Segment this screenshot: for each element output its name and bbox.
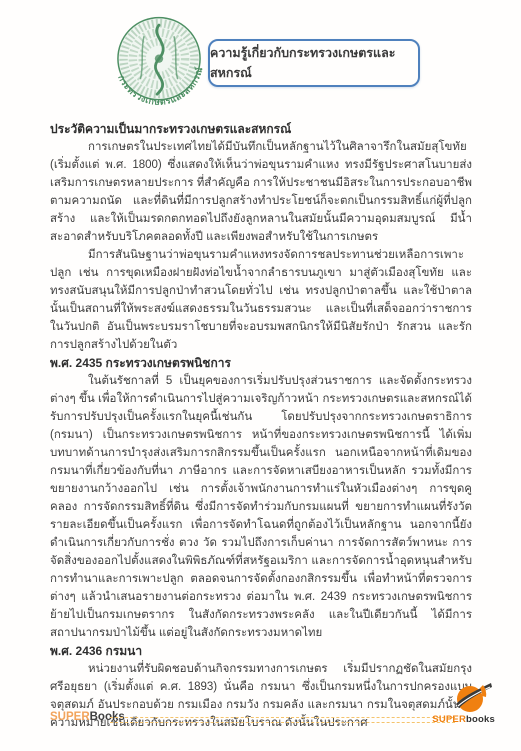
publisher-logo-icon	[453, 681, 493, 715]
ministry-seal-icon: กระทรวงเกษตรและสหกรณ์	[103, 12, 215, 124]
section-heading-2435: พ.ศ. 2435 กระทรวงเกษตรพนิชการ	[50, 354, 472, 372]
section-heading-2436: พ.ศ. 2436 กรมนา	[50, 642, 472, 660]
paragraph: ในต้นรัชกาลที่ 5 เป็นยุคของการเริ่มปรับป…	[50, 372, 472, 642]
page-title: ความรู้เกี่ยวกับกระทรวงเกษตรและสหกรณ์	[210, 43, 418, 83]
title-box: ความรู้เกี่ยวกับกระทรวงเกษตรและสหกรณ์	[208, 39, 420, 87]
footer-brand-right-super: SUPER	[432, 714, 466, 725]
document-body: ประวัติความเป็นมากระทรวงเกษตรและสหกรณ์ ก…	[50, 120, 472, 732]
ministry-seal-logo: กระทรวงเกษตรและสหกรณ์	[103, 12, 215, 129]
footer-brand-right: SUPERbooks	[432, 714, 495, 725]
footer-brand-right-books: books	[466, 714, 495, 725]
paragraph: มีการสันนิษฐานว่าพ่อขุนรามคำแหงทรงจัดการ…	[50, 246, 472, 354]
section-heading-history: ประวัติความเป็นมากระทรวงเกษตรและสหกรณ์	[50, 120, 472, 138]
footer-dashed-divider	[110, 717, 455, 723]
top-edge-watermark: SUPERBooks	[238, 0, 298, 4]
document-page: SUPERBooks กระทรวงเกษตรและสหกรณ์ ความรู้…	[0, 0, 521, 751]
page-footer: SUPERBooks SUPERbooks	[0, 681, 521, 741]
paragraph: การเกษตรในประเทศไทยได้มีบันทึกเป็นหลักฐา…	[50, 138, 472, 246]
footer-brand-left-super: SUPER	[50, 711, 90, 723]
